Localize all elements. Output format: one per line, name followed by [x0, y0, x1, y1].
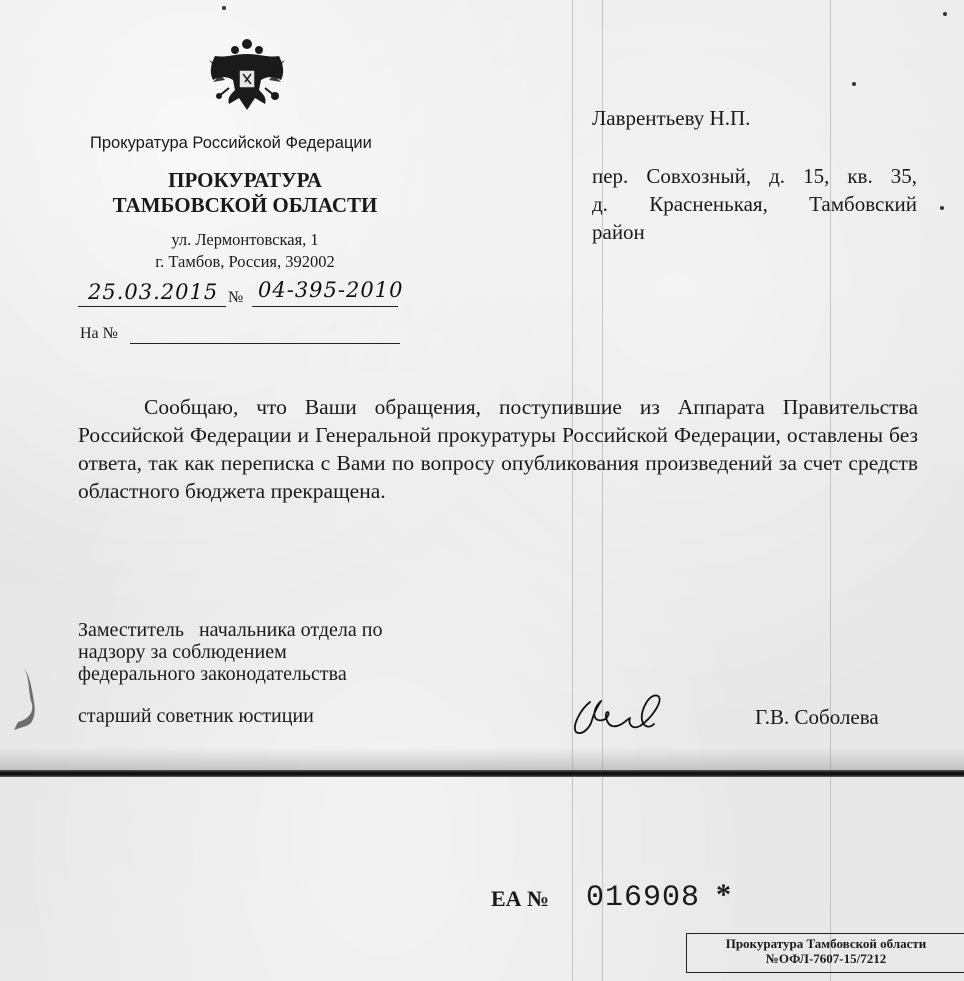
form-serial-label: ЕА № [491, 886, 549, 912]
signatory-rank: старший советник юстиции [78, 705, 314, 728]
org-address-street: ул. Лермонтовская, 1 [60, 229, 430, 251]
signatory-position-line2: надзору за соблюдением [78, 641, 382, 663]
speck [222, 6, 226, 10]
signatory-position-line3: федерального законодательства [78, 663, 382, 685]
recipient-address-line1: пер. Совхозный, д. 15, кв. 35, [592, 162, 917, 190]
signatory-name: Г.В. Соболева [755, 705, 879, 730]
date-underline [78, 306, 226, 307]
org-title-line2: ТАМБОВСКОЙ ОБЛАСТИ [60, 193, 430, 218]
speck [940, 206, 944, 210]
org-parent-name: Прокуратура Российской Федерации [90, 134, 372, 153]
form-serial-number: 016908 [586, 881, 700, 915]
ink-smudge [8, 664, 38, 734]
org-title-line1: ПРОКУРАТУРА [60, 168, 430, 193]
letter-date: 25.03.2015 [88, 280, 218, 304]
reply-to-label: На № [80, 325, 118, 343]
number-sign: № [228, 289, 243, 307]
registration-stamp: Прокуратура Тамбовской области №ОФЛ-7607… [686, 933, 964, 973]
recipient-name: Лаврентьеву Н.П. [592, 104, 750, 132]
org-address-city: г. Тамбов, Россия, 392002 [60, 251, 430, 273]
reply-to-underline [130, 343, 400, 344]
stamp-line2: №ОФЛ-7607-15/7212 [687, 951, 964, 966]
speck [943, 12, 947, 16]
russian-coat-of-arms-icon [205, 36, 289, 116]
handwritten-signature [570, 690, 670, 740]
fold-shadow [0, 748, 964, 772]
form-serial-mark: * [716, 878, 731, 912]
letter-body: Сообщаю, что Ваши обращения, поступившие… [78, 393, 918, 505]
outgoing-number: 04-395-2010 [258, 278, 403, 302]
recipient-address-line3: район [592, 218, 645, 246]
speck [852, 82, 856, 86]
signatory-position: Заместитель начальника отдела по надзору… [78, 619, 382, 685]
stamp-line1: Прокуратура Тамбовской области [687, 936, 964, 951]
letter-page: Прокуратура Российской Федерации ПРОКУРА… [0, 0, 964, 981]
body-paragraph: Сообщаю, что Ваши обращения, поступившие… [78, 393, 918, 505]
number-underline [252, 306, 398, 307]
signatory-position-line1: Заместитель начальника отдела по [78, 619, 382, 641]
recipient-address-line2: д. Красненькая, Тамбовский [592, 190, 917, 218]
horizontal-fold [0, 770, 964, 777]
